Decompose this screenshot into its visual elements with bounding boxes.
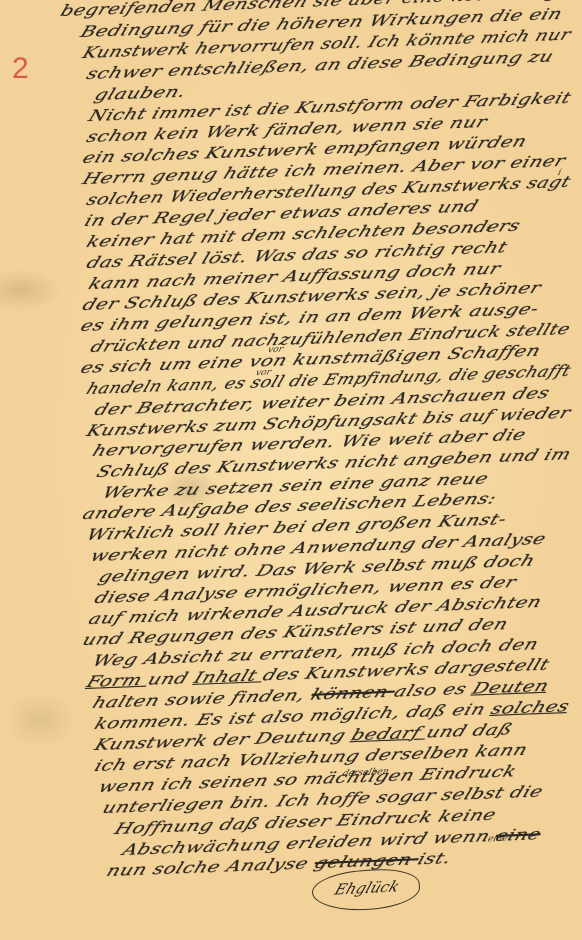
word: selbst bbox=[439, 784, 514, 805]
word: Werk bbox=[406, 302, 473, 322]
word: aber bbox=[436, 427, 497, 447]
word: Kunst- bbox=[436, 511, 510, 532]
word: recht bbox=[449, 238, 511, 258]
handwritten-line: glauben. bbox=[92, 82, 189, 103]
word: löst. bbox=[199, 247, 257, 267]
word: doch bbox=[404, 261, 467, 281]
signature-block: Ehglück bbox=[312, 870, 422, 912]
word: das bbox=[300, 244, 349, 264]
word: sowie bbox=[163, 689, 236, 709]
word: dieser bbox=[263, 812, 341, 833]
word: meinen. bbox=[320, 157, 417, 178]
word: hoffe bbox=[314, 789, 381, 809]
word: weit bbox=[385, 429, 443, 449]
word: richtig bbox=[372, 240, 455, 261]
word: finden, bbox=[229, 686, 315, 707]
word: seinen bbox=[197, 771, 278, 792]
word: fänden, bbox=[263, 118, 355, 139]
word: Herrn bbox=[80, 167, 156, 188]
word: daß bbox=[470, 720, 516, 739]
word: oder bbox=[408, 93, 468, 113]
word: keine bbox=[436, 806, 499, 826]
word: mich bbox=[478, 27, 539, 47]
interlinear-insertion: vor bbox=[254, 368, 272, 379]
word: des bbox=[201, 289, 250, 309]
word: wieder bbox=[497, 403, 574, 424]
word: neue bbox=[434, 470, 491, 490]
word: hätte bbox=[221, 162, 289, 182]
word: diese bbox=[345, 53, 413, 73]
word: also bbox=[392, 681, 447, 701]
word: Weg bbox=[90, 650, 148, 670]
word: wenn bbox=[385, 576, 454, 596]
word: den bbox=[496, 635, 541, 654]
word: Eindruck bbox=[407, 322, 511, 344]
word: den bbox=[466, 615, 511, 634]
interlinear-insertion: eine bbox=[486, 834, 509, 845]
word: schon bbox=[84, 125, 158, 146]
word: nicht bbox=[342, 452, 408, 472]
word: sein, bbox=[373, 282, 436, 302]
word: und bbox=[145, 669, 198, 689]
word: Regel bbox=[151, 207, 224, 227]
word: selbst bbox=[360, 556, 435, 577]
signature: Ehglück bbox=[332, 877, 402, 898]
word: solchen bbox=[84, 188, 174, 209]
word: Werk bbox=[203, 121, 270, 141]
word: immer bbox=[150, 102, 230, 123]
word: nur bbox=[533, 26, 574, 45]
word: mich bbox=[126, 607, 190, 627]
word: ohne bbox=[232, 540, 296, 560]
word: ganz bbox=[378, 472, 441, 492]
word: Rätsel bbox=[127, 249, 206, 270]
word: des bbox=[510, 383, 552, 402]
word: setzen bbox=[203, 478, 284, 499]
word: eine bbox=[195, 352, 253, 372]
word: Absicht bbox=[141, 647, 233, 668]
word: können bbox=[308, 683, 398, 704]
word: könnte bbox=[404, 29, 485, 50]
word: zum bbox=[212, 415, 268, 435]
word: Deuten bbox=[470, 677, 552, 698]
word: weiter bbox=[258, 391, 338, 412]
word: Analyse bbox=[224, 854, 319, 875]
word: doch bbox=[439, 637, 502, 657]
word: Das bbox=[254, 561, 306, 581]
word: Werk bbox=[300, 558, 367, 578]
word: meiner bbox=[201, 267, 288, 288]
word: muß bbox=[348, 640, 407, 660]
word: sogar bbox=[374, 786, 446, 806]
word: Form bbox=[84, 671, 152, 691]
word: beim bbox=[332, 389, 397, 409]
word: wenn bbox=[348, 115, 417, 135]
word: Schaffen bbox=[445, 341, 543, 362]
word: solche bbox=[150, 857, 230, 878]
word: hier bbox=[222, 519, 277, 539]
word: Inhalt bbox=[191, 667, 266, 688]
word: sein bbox=[277, 476, 333, 496]
word: nur bbox=[447, 113, 490, 132]
word: und bbox=[424, 722, 477, 742]
page-number: 2 bbox=[12, 52, 29, 86]
word: und bbox=[184, 332, 235, 352]
word: solches bbox=[488, 697, 572, 718]
word: der bbox=[477, 573, 519, 592]
word: solches bbox=[119, 144, 210, 165]
word: stellte bbox=[504, 320, 573, 340]
word: und bbox=[420, 617, 473, 637]
word: erst bbox=[130, 754, 184, 774]
word: kann, bbox=[165, 374, 229, 394]
word: handeln bbox=[84, 377, 171, 398]
word: wird bbox=[376, 829, 436, 849]
word: anderes bbox=[345, 198, 442, 219]
word: dem bbox=[239, 225, 297, 245]
word: nicht bbox=[172, 542, 238, 562]
word: glauben. bbox=[92, 82, 189, 103]
word: nach bbox=[144, 270, 207, 290]
word: ausge- bbox=[467, 299, 542, 320]
word: würden bbox=[444, 132, 529, 153]
word: Was bbox=[251, 246, 306, 266]
word: keiner bbox=[84, 230, 164, 251]
word: kann bbox=[473, 741, 531, 761]
word: drückten bbox=[88, 334, 191, 356]
word: geschafft bbox=[481, 361, 574, 382]
word: Aber bbox=[410, 155, 473, 175]
word: doch bbox=[481, 552, 538, 572]
word: sagt bbox=[524, 173, 573, 193]
word: erleiden bbox=[284, 831, 384, 853]
word: das bbox=[84, 252, 133, 272]
word: nur bbox=[461, 259, 504, 278]
word: schöner bbox=[455, 278, 544, 299]
word: und bbox=[435, 197, 481, 216]
word: kein bbox=[152, 123, 210, 143]
word: wird. bbox=[193, 562, 260, 582]
word: kann bbox=[86, 273, 150, 293]
word: soll. bbox=[318, 33, 372, 53]
word: jeder bbox=[217, 204, 284, 224]
word: sich bbox=[108, 356, 163, 376]
word: also bbox=[259, 707, 314, 727]
word: nach bbox=[178, 752, 241, 772]
word: bedarf bbox=[349, 724, 431, 745]
word: wenn bbox=[96, 776, 165, 796]
word: muß bbox=[428, 554, 487, 574]
word: gelungen bbox=[153, 310, 263, 332]
word: halten bbox=[90, 691, 169, 712]
word: diese bbox=[92, 587, 160, 607]
word: genug bbox=[150, 164, 228, 185]
word: daß bbox=[404, 702, 456, 722]
word: höheren bbox=[274, 12, 373, 33]
word: Schluß bbox=[122, 291, 208, 312]
word: schwer bbox=[84, 62, 172, 83]
word: daß bbox=[217, 814, 269, 834]
word: Werke bbox=[100, 482, 179, 503]
word: dem bbox=[355, 304, 413, 324]
interlinear-insertion: vor bbox=[266, 345, 284, 356]
word: Nicht bbox=[86, 104, 156, 124]
word: eine bbox=[327, 474, 385, 494]
word: und bbox=[496, 447, 548, 467]
word: etwas bbox=[278, 202, 352, 223]
